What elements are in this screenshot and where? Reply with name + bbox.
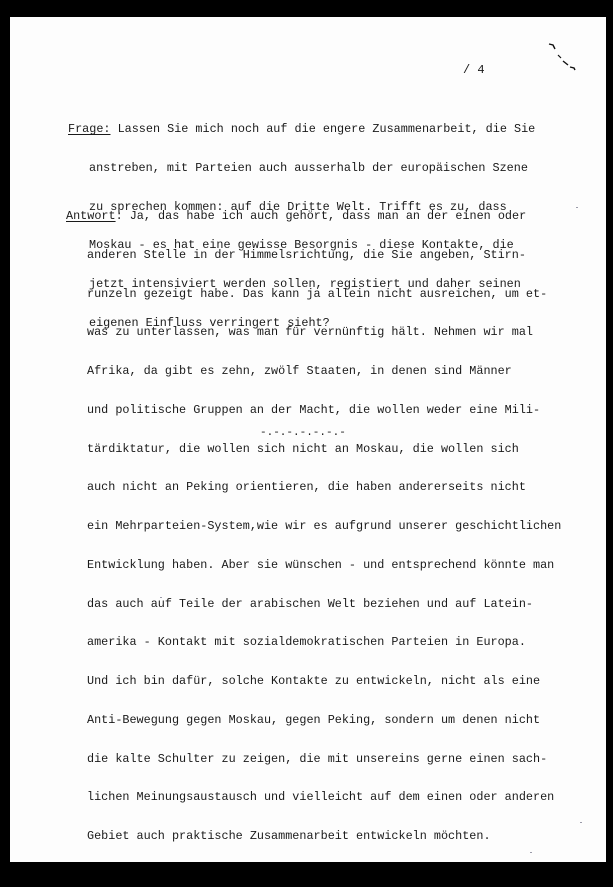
- question-text: Lassen Sie mich noch auf die engere Zusa…: [110, 122, 535, 136]
- answer-line: amerika - Kontakt mit sozialdemokratisch…: [66, 637, 561, 648]
- question-first-line: Frage: Lassen Sie mich noch auf die enge…: [68, 124, 535, 135]
- question-line: anstreben, mit Parteien auch ausserhalb …: [68, 163, 535, 174]
- scan-speck: [576, 207, 578, 208]
- answer-line: tärdiktatur, die wollen sich nicht an Mo…: [66, 444, 561, 455]
- answer-line: Und ich bin dafür, solche Kontakte zu en…: [66, 676, 561, 687]
- answer-first-line: Antwort: Ja, das habe ich auch gehört, d…: [66, 211, 561, 222]
- document-page: / 4 Frage: Lassen Sie mich noch auf die …: [10, 17, 606, 862]
- scan-speck: [580, 822, 582, 823]
- answer-line: ein Mehrparteien-System,wie wir es aufgr…: [66, 521, 561, 532]
- answer-line: anderen Stelle in der Himmelsrichtung, d…: [66, 250, 561, 261]
- answer-block: Antwort: Ja, das habe ich auch gehört, d…: [66, 183, 561, 870]
- answer-label: Antwort: [66, 209, 116, 223]
- answer-text: : Ja, das habe ich auch gehört, dass man…: [116, 209, 527, 223]
- answer-line: die kalte Schulter zu zeigen, die mit un…: [66, 754, 561, 765]
- answer-line: Afrika, da gibt es zehn, zwölf Staaten, …: [66, 366, 561, 377]
- answer-line: das auch auf Teile der arabischen Welt b…: [66, 599, 561, 610]
- answer-line: Entwicklung haben. Aber sie wünschen - u…: [66, 560, 561, 571]
- corner-pen-mark-icon: [547, 42, 577, 72]
- scan-speck: [530, 852, 532, 853]
- answer-line: Anti-Bewegung gegen Moskau, gegen Peking…: [66, 715, 561, 726]
- end-separator: -.-.-.-.-.-.-: [260, 427, 346, 439]
- answer-line: und politische Gruppen an der Macht, die…: [66, 405, 561, 416]
- answer-line: lichen Meinungsaustausch und vielleicht …: [66, 792, 561, 803]
- question-label: Frage:: [68, 122, 110, 136]
- answer-line: auch nicht an Peking orientieren, die ha…: [66, 482, 561, 493]
- scan-speck: [160, 597, 162, 598]
- answer-line: Gebiet auch praktische Zusammenarbeit en…: [66, 831, 561, 842]
- answer-line: was zu unterlassen, was man für vernünft…: [66, 327, 561, 338]
- answer-line: runzeln gezeigt habe. Das kann ja allein…: [66, 289, 561, 300]
- page-number: / 4: [463, 63, 485, 77]
